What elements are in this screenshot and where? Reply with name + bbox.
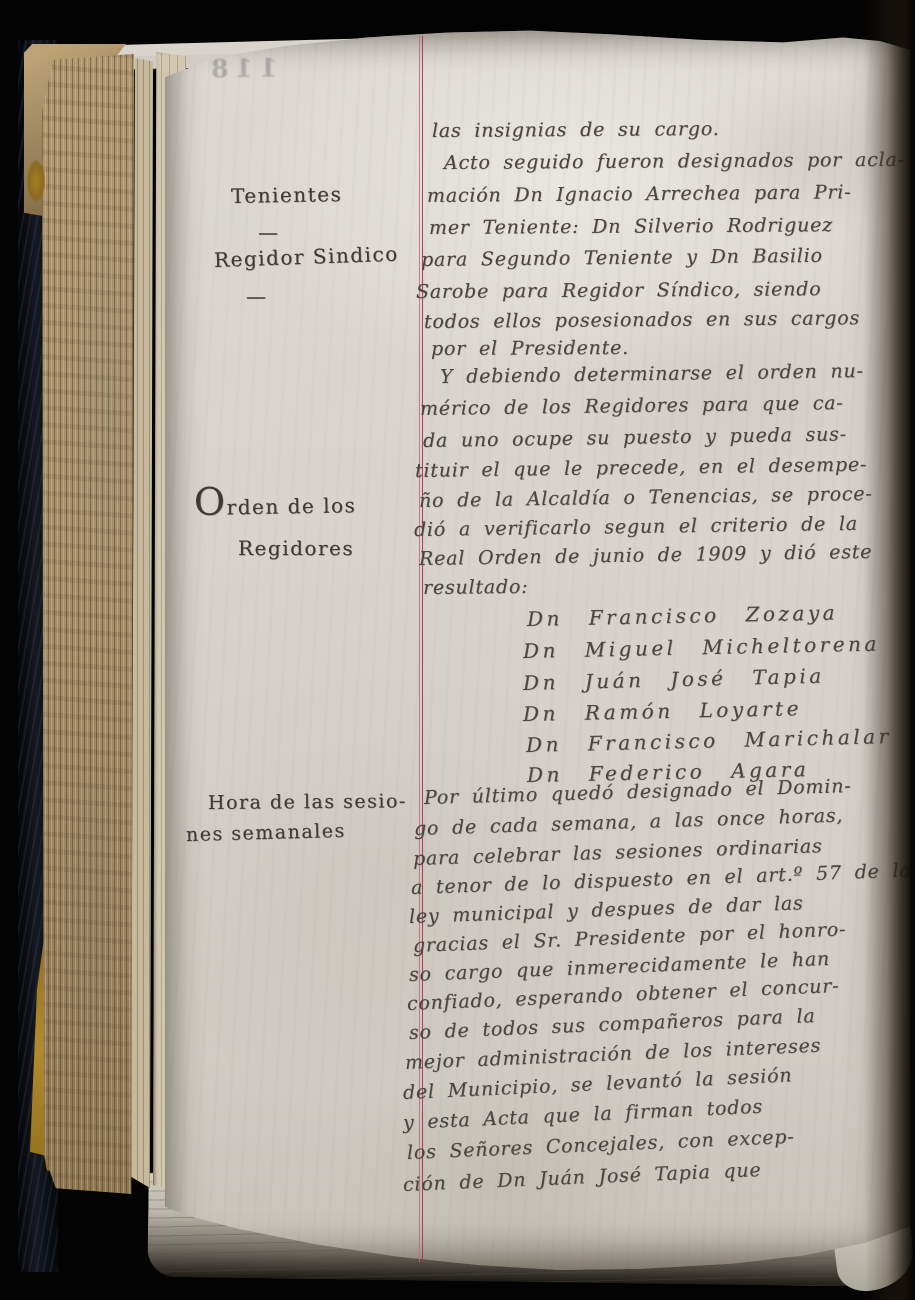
margin-note-hora-line1: Hora de las sesio-: [208, 790, 407, 814]
manuscript-line: mer Teniente: Dn Silverio Rodriguez: [429, 214, 833, 239]
page-number-bleedthrough: 118: [204, 53, 278, 83]
manuscript-line: todos ellos posesionados en sus cargos: [424, 307, 860, 333]
cover-corner-stain: [27, 160, 45, 202]
manuscript-line: las insignias de su cargo.: [432, 118, 720, 142]
margin-rule-line: [419, 36, 424, 1262]
manuscript-line: para Segundo Teniente y Dn Basilio: [421, 245, 823, 271]
margin-note-tenientes: Tenientes: [231, 182, 343, 208]
manuscript-line: mación Dn Ignacio Arrechea para Pri-: [427, 181, 852, 207]
margin-note-dash: —: [258, 220, 280, 244]
right-gutter-shadow: [864, 0, 915, 1300]
margin-note-hora-line2: nes semanales: [186, 820, 346, 846]
manuscript-photo: 118 Tenientes — Regidor Sindico — Orden …: [0, 0, 915, 1300]
manuscript-line: Sarobe para Regidor Síndico, siendo: [416, 278, 822, 303]
manuscript-line: resultado:: [423, 576, 529, 599]
manuscript-line: Acto seguido fueron designados por acla-: [444, 149, 905, 174]
margin-note-dash: —: [246, 284, 268, 308]
page-edge-strip: [131, 58, 153, 1188]
page-stack-fore-edge: [42, 54, 134, 1194]
manuscript-line: por el Presidente.: [431, 337, 629, 360]
margin-note-orden-line2: Regidores: [238, 536, 354, 560]
margin-note-orden-line1: Orden de los: [194, 493, 357, 520]
